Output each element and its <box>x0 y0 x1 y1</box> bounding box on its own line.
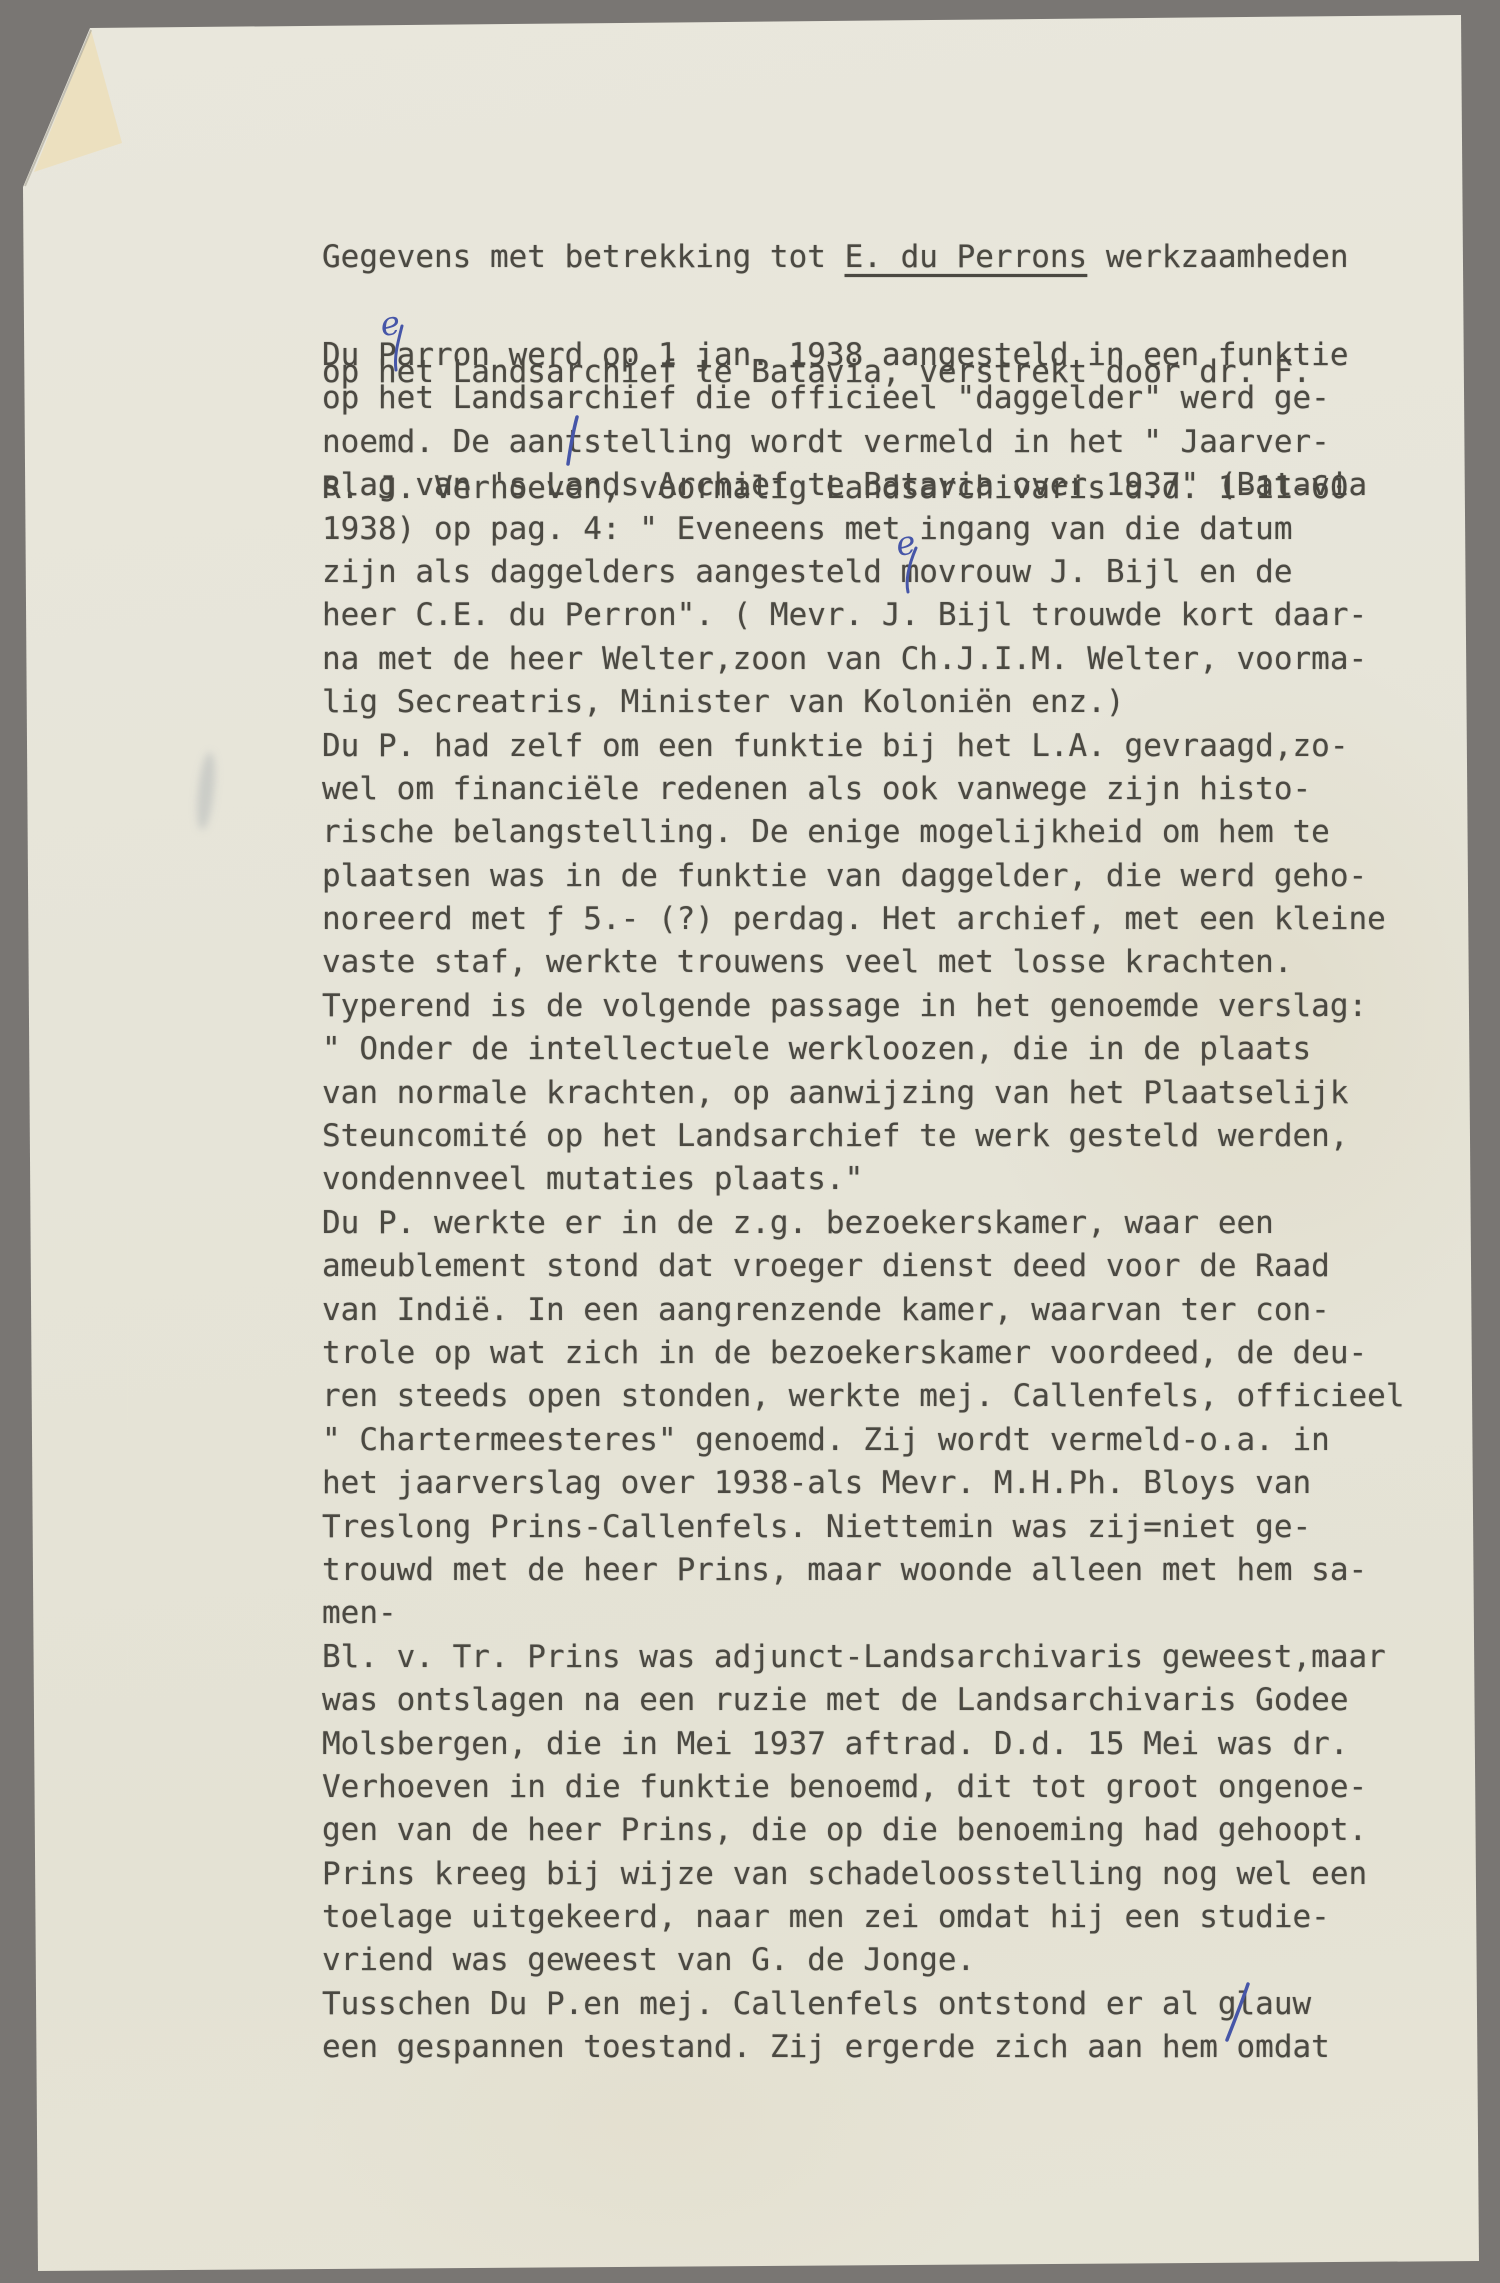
folded-corner <box>0 0 200 220</box>
body-line: op het Landsarchief die officieel "dagge… <box>322 377 1405 420</box>
body-line: zijn als daggelders aangesteld movrouw J… <box>322 551 1405 594</box>
body-line: Du P. had zelf om een funktie bij het L.… <box>322 725 1405 768</box>
fold-triangle-icon <box>34 30 122 172</box>
body-line: 1938) op pag. 4: " Eveneens met ingang v… <box>322 508 1405 551</box>
header-line: Gegevens met betrekking tot E. du Perron… <box>322 236 1349 279</box>
header-line1-suffix: werkzaamheden <box>1087 239 1348 275</box>
body-line: lig Secreatris, Minister van Koloniën en… <box>322 681 1405 724</box>
body-line: noreerd met ƒ 5.- (?) perdag. Het archie… <box>322 898 1405 941</box>
body-line: toelage uitgekeerd, naar men zei omdat h… <box>322 1896 1405 1939</box>
body-line: rische belangstelling. De enige mogelijk… <box>322 811 1405 854</box>
body-line: Molsbergen, die in Mei 1937 aftrad. D.d.… <box>322 1723 1405 1766</box>
body-line: trouwd met de heer Prins, maar woonde al… <box>322 1549 1405 1592</box>
body-line: vaste staf, werkte trouwens veel met los… <box>322 941 1405 984</box>
body-line: vriend was geweest van G. de Jonge. <box>322 1939 1405 1982</box>
body-line: Tusschen Du P.en mej. Callenfels ontston… <box>322 1983 1405 2026</box>
body-line: gen van de heer Prins, die op die benoem… <box>322 1809 1405 1852</box>
body-line: vondennveel mutaties plaats." <box>322 1158 1405 1201</box>
body-line: van Indië. In een aangrenzende kamer, wa… <box>322 1289 1405 1332</box>
body-line: Du P. werkte er in de z.g. bezoekerskame… <box>322 1202 1405 1245</box>
body-line: het jaarverslag over 1938-als Mevr. M.H.… <box>322 1462 1405 1505</box>
body-line: " Onder de intellectuele werkloozen, die… <box>322 1028 1405 1071</box>
body-line: plaatsen was in de funktie van daggelder… <box>322 855 1405 898</box>
body-line: noemd. De aantstelling wordt vermeld in … <box>322 421 1405 464</box>
body-line: Bl. v. Tr. Prins was adjunct-Landsarchiv… <box>322 1636 1405 1679</box>
body-line: slag van 's Lands Archief te Batavia ove… <box>322 464 1405 507</box>
body-line: Du Parron werd op 1 jan. 1938 aangesteld… <box>322 334 1405 377</box>
body-line: een gespannen toestand. Zij ergerde zich… <box>322 2026 1405 2069</box>
body-line: was ontslagen na een ruzie met de Landsa… <box>322 1679 1405 1722</box>
body-line: van normale krachten, op aanwijzing van … <box>322 1072 1405 1115</box>
body-line: Prins kreeg bij wijze van schadeloosstel… <box>322 1853 1405 1896</box>
body-line: na met de heer Welter,zoon van Ch.J.I.M.… <box>322 638 1405 681</box>
body-line: ren steeds open stonden, werkte mej. Cal… <box>322 1375 1405 1418</box>
header-line1-prefix: Gegevens met betrekking tot <box>322 239 845 275</box>
body-line: wel om financiële redenen als ook vanweg… <box>322 768 1405 811</box>
body-line: ameublement stond dat vroeger dienst dee… <box>322 1245 1405 1288</box>
header-underlined-subject: E. du Perrons <box>845 239 1088 275</box>
body-lines: Du Parron werd op 1 jan. 1938 aangesteld… <box>322 334 1405 2070</box>
scanned-typescript-page: Gegevens met betrekking tot E. du Perron… <box>0 0 1500 2283</box>
body-line: men- <box>322 1592 1405 1635</box>
body-line: Typerend is de volgende passage in het g… <box>322 985 1405 1028</box>
body-line: Treslong Prins-Callenfels. Niettemin was… <box>322 1506 1405 1549</box>
body-line: heer C.E. du Perron". ( Mevr. J. Bijl tr… <box>322 594 1405 637</box>
body-line: Steuncomité op het Landsarchief te werk … <box>322 1115 1405 1158</box>
body-line: trole op wat zich in de bezoekerskamer v… <box>322 1332 1405 1375</box>
body-line: " Chartermeesteres" genoemd. Zij wordt v… <box>322 1419 1405 1462</box>
body-line: Verhoeven in die funktie benoemd, dit to… <box>322 1766 1405 1809</box>
